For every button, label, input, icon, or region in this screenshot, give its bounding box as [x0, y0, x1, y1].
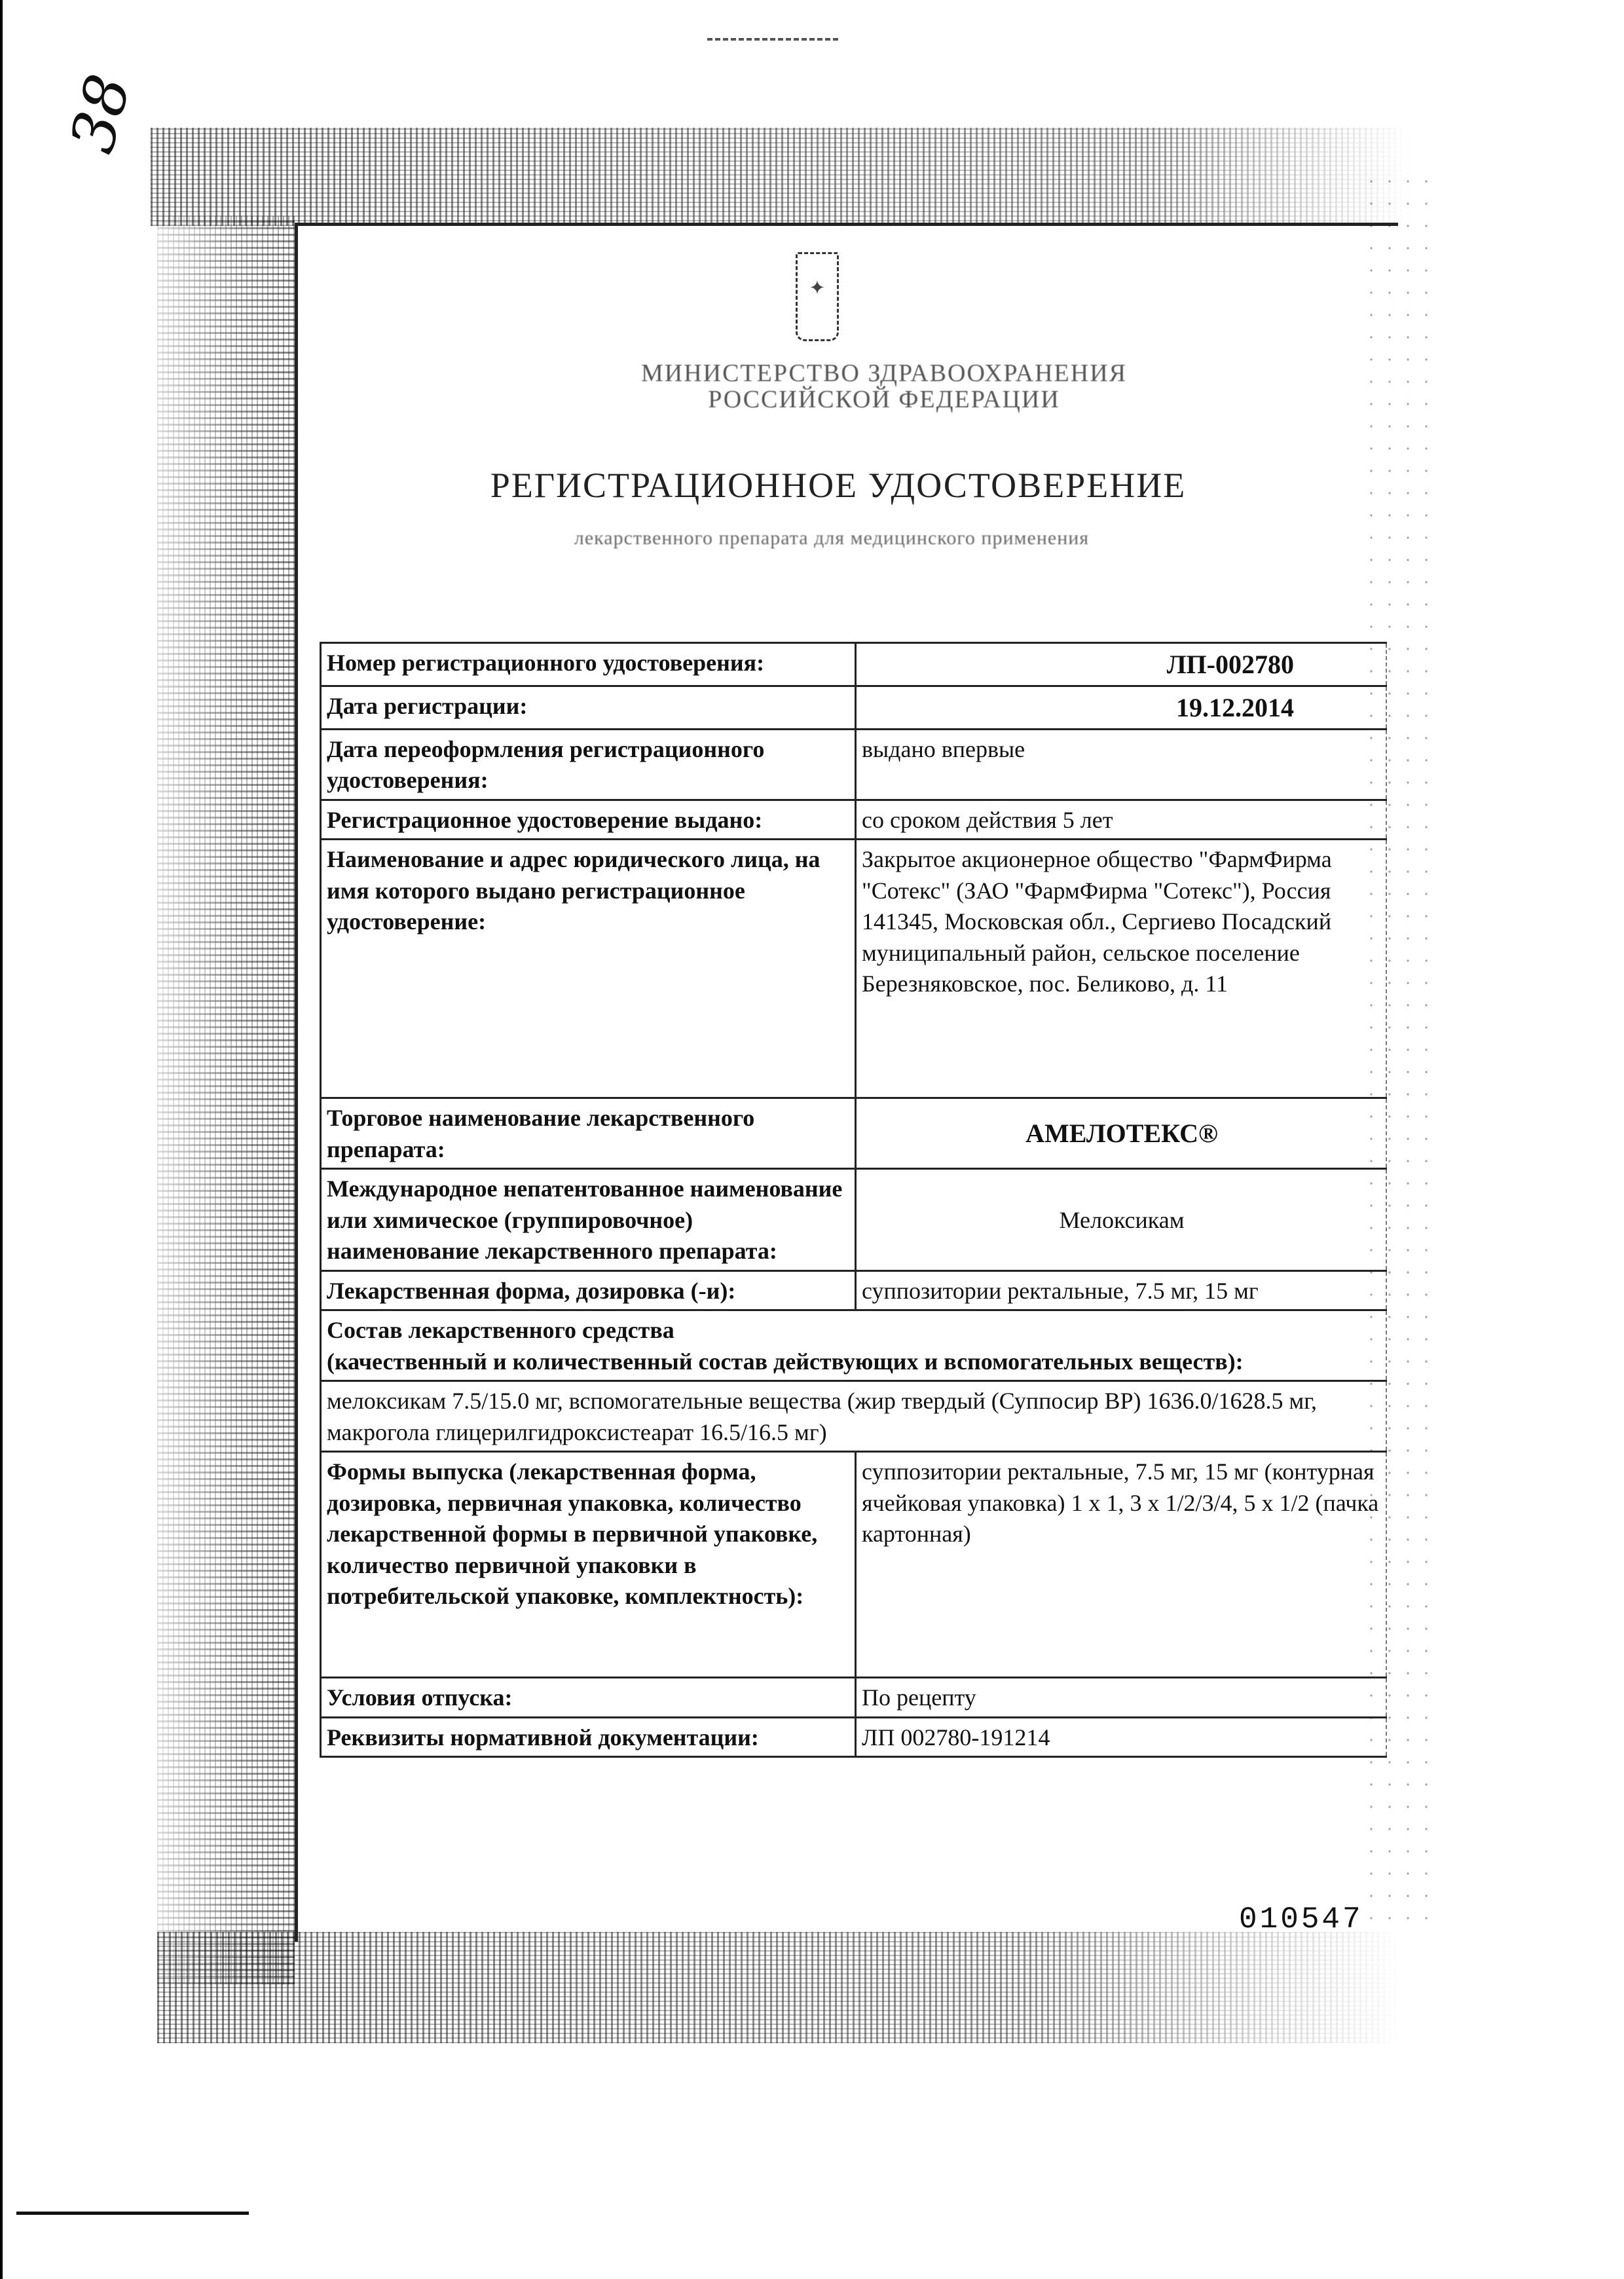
table-row: Формы выпуска (лекарственная форма, дози… — [321, 1452, 1387, 1678]
table-row: мелоксикам 7.5/15.0 мг, вспомогательные … — [321, 1381, 1387, 1452]
table-row: Наименование и адрес юридического лица, … — [321, 840, 1387, 1098]
table-row: Состав лекарственного средства (качестве… — [321, 1310, 1387, 1381]
value-registration-date: 19.12.2014 — [856, 686, 1387, 729]
label-dosage-form: Лекарственная форма, дозировка (-и): — [321, 1270, 856, 1310]
registration-table: Номер регистрационного удостоверения: ЛП… — [320, 642, 1387, 1758]
ornamental-border-left — [157, 216, 295, 1984]
label-registration-number: Номер регистрационного удостоверения: — [321, 643, 856, 686]
scan-bottom-rule — [16, 2212, 249, 2215]
table-row: Торговое наименование лекарственного пре… — [321, 1098, 1387, 1169]
label-inn: Международное непатентованное наименован… — [321, 1169, 856, 1271]
label-issued-term: Регистрационное удостоверение выдано: — [321, 800, 856, 840]
ornamental-border-bottom — [157, 1932, 1401, 2043]
value-registration-number: ЛП-002780 — [856, 643, 1387, 686]
label-reissue-date: Дата переоформления регистрационного удо… — [321, 729, 856, 800]
document-subtitle: лекарственного препарата для медицинског… — [367, 527, 1297, 549]
ministry-name-line2: РОССИЙСКОЙ ФЕДЕРАЦИИ — [458, 385, 1310, 414]
document-title: РЕГИСТРАЦИОННОЕ УДОСТОВЕРЕНИЕ — [471, 465, 1205, 506]
handwritten-page-number: 38 — [57, 67, 145, 160]
table-row: Регистрационное удостоверение выдано: со… — [321, 800, 1387, 840]
table-row: Условия отпуска: По рецепту — [321, 1678, 1387, 1718]
label-trade-name: Торговое наименование лекарственного пре… — [321, 1098, 856, 1169]
composition-subtitle: (качественный и количественный состав де… — [327, 1346, 1382, 1378]
table-row: Лекарственная форма, дозировка (-и): суп… — [321, 1270, 1387, 1310]
composition-value: мелоксикам 7.5/15.0 мг, вспомогательные … — [321, 1381, 1387, 1452]
scan-left-edge — [0, 0, 3, 2279]
value-trade-name: АМЕЛОТЕКС® — [856, 1098, 1387, 1169]
table-row: Дата переоформления регистрационного удо… — [321, 729, 1387, 800]
value-dosage-form: суппозитории ректальные, 7.5 мг, 15 мг — [856, 1270, 1387, 1310]
value-normative-docs: ЛП 002780-191214 — [856, 1717, 1387, 1757]
label-holder-name-address: Наименование и адрес юридического лица, … — [321, 840, 856, 1098]
coat-of-arms-icon: ✦ — [796, 252, 839, 341]
table-row: Реквизиты нормативной документации: ЛП 0… — [321, 1717, 1387, 1757]
table-row: Номер регистрационного удостоверения: ЛП… — [321, 643, 1387, 686]
table-row: Дата регистрации: 19.12.2014 — [321, 686, 1387, 729]
label-normative-docs: Реквизиты нормативной документации: — [321, 1717, 856, 1757]
value-release-forms: суппозитории ректальные, 7.5 мг, 15 мг (… — [856, 1452, 1387, 1678]
value-issued-term: со сроком действия 5 лет — [856, 800, 1387, 840]
composition-heading: Состав лекарственного средства (качестве… — [321, 1310, 1387, 1381]
value-inn: Мелоксикам — [856, 1169, 1387, 1271]
certificate-serial-number: 010547 — [1239, 1902, 1363, 1936]
table-row: Международное непатентованное наименован… — [321, 1169, 1387, 1271]
composition-title: Состав лекарственного средства — [327, 1315, 1382, 1346]
label-dispensing-conditions: Условия отпуска: — [321, 1678, 856, 1718]
ornamental-border-top — [151, 128, 1408, 226]
value-dispensing-conditions: По рецепту — [856, 1678, 1387, 1718]
value-reissue-date: выдано впервые — [856, 729, 1387, 800]
scan-artifact-top — [707, 38, 838, 41]
label-release-forms: Формы выпуска (лекарственная форма, дози… — [321, 1452, 856, 1678]
value-holder-name-address: Закрытое акционерное общество "ФармФирма… — [856, 840, 1387, 1098]
label-registration-date: Дата регистрации: — [321, 686, 856, 729]
ministry-name-line1: МИНИСТЕРСТВО ЗДРАВООХРАНЕНИЯ — [458, 359, 1310, 388]
